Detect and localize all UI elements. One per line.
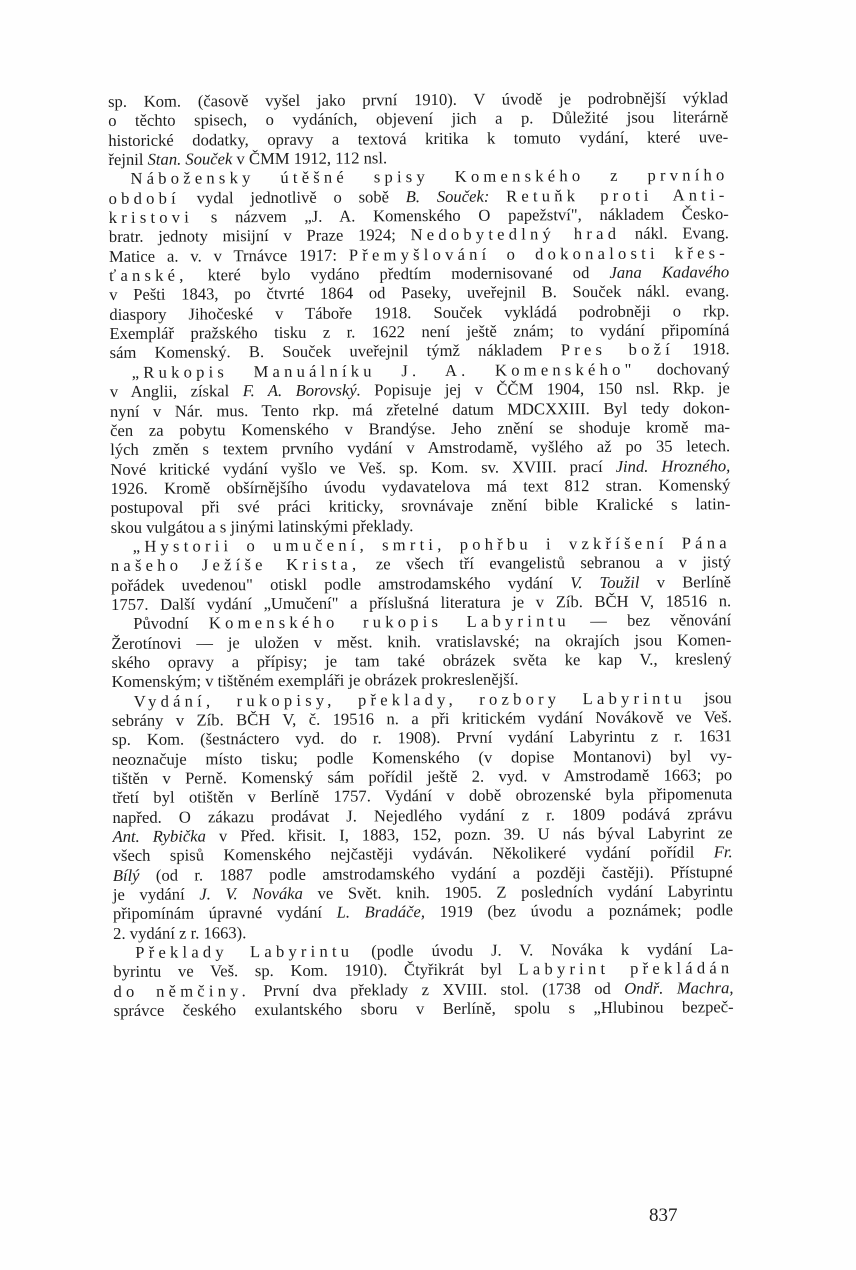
text-segment: je vydání — [113, 885, 200, 905]
text-segment: správce českého exulantského sboru v Ber… — [114, 997, 734, 1020]
text-segment: nákl. Evang. — [620, 224, 729, 244]
book-page: sp. Kom. (časově vyšel jako první 1910).… — [0, 0, 856, 1270]
spaced-emphasis-text: Pres boží — [561, 340, 674, 360]
text-segment: ského opravy a přípisy; je tam také obrá… — [111, 649, 731, 672]
text-line: postupoval při své práci kriticky, srovn… — [110, 494, 730, 517]
text-segment: skou vulgátou a s jinými latinskými přek… — [111, 516, 414, 537]
text-segment: ze všech tří evangelistů sebranou a v ji… — [360, 552, 731, 573]
text-segment: byrintu ve Veš. sp. Kom. 1910). Čtyřikrá… — [113, 960, 518, 981]
italic-text: F. A. Borovský. — [243, 381, 361, 401]
text-segment: dochovaný — [635, 359, 729, 379]
text-segment: historické dodatky, opravy a textová kri… — [108, 127, 728, 150]
page-number: 837 — [649, 1205, 678, 1227]
text-segment: Původní — [133, 614, 209, 633]
text-segment: které bylo vydáno předtím modernisované … — [187, 263, 609, 285]
spaced-emphasis-text: Nedobytedlný hrad — [411, 224, 621, 244]
italic-text: L. Bradáče, — [337, 903, 425, 923]
text-segment — [489, 186, 506, 205]
spaced-emphasis-text: období — [109, 188, 180, 207]
text-segment: 1918. — [674, 340, 730, 359]
spaced-emphasis-text: Komenského rukopis Labyrintu — [209, 611, 570, 632]
text-segment: jsou — [686, 688, 732, 707]
spaced-emphasis-text: našeho Ježíše Krista, — [111, 555, 361, 576]
spaced-emphasis-text: ťanské, — [109, 266, 188, 285]
text-line: připomínám úpravné vydání L. Bradáče, 19… — [113, 901, 733, 924]
body-text: sp. Kom. (časově vyšel jako první 1910).… — [108, 88, 734, 1020]
text-segment: 2. vydání z r. 1663). — [113, 923, 246, 943]
italic-text: Ant. Rybička — [112, 826, 205, 846]
text-segment: v ČMM 1912, 112 nsl. — [232, 148, 387, 168]
text-segment: v Berlíně — [639, 572, 731, 592]
text-segment: postupoval při své práci kriticky, srovn… — [110, 494, 730, 517]
italic-text: Jana Kadavého — [609, 262, 729, 282]
text-segment: Popisuje jej v ČČM 1904, 150 nsl. Rkp. j… — [361, 378, 730, 399]
italic-text: J. V. Nováka — [199, 884, 303, 904]
text-segment: Nové kritické vydání vyšlo ve Veš. sp. K… — [110, 456, 615, 478]
italic-text: B. Souček: — [406, 186, 490, 206]
spaced-emphasis-text: Labyrint překládán — [518, 959, 733, 979]
text-segment: sám Komenský. B. Souček uveřejnil týmž n… — [110, 341, 561, 363]
text-segment: připomínám úpravné vydání — [113, 903, 337, 923]
text-segment: Matice a. v. v Trnávce 1917: — [109, 245, 349, 265]
italic-text: Fr. — [714, 843, 733, 862]
text-segment: 1919 (bez úvodu a poznámek; podle — [425, 901, 733, 922]
text-segment: Komenským; v tištěném exempláři je obráz… — [112, 670, 519, 691]
text-segment: (podle úvodu J. V. Nováka k vydání La- — [353, 939, 733, 960]
text-segment: bratr. jednoty misijní v Praze 1924; — [109, 226, 411, 247]
italic-text: Stan. Souček — [148, 149, 233, 169]
italic-text: Ondř. Machra, — [624, 978, 733, 998]
text-line: správce českého exulantského sboru v Ber… — [114, 997, 734, 1020]
text-segment: — bez věnování — [570, 610, 731, 630]
spaced-emphasis-text: „Rukopis Manuálníku J. A. Komenského" — [132, 360, 636, 382]
text-segment: pořádek uvedenou" otiskl podle amstrodam… — [111, 573, 570, 595]
text-segment: První dva překlady z XVIII. stol. (1738 … — [250, 979, 624, 1000]
spaced-emphasis-text: do němčiny. — [113, 981, 250, 1001]
spaced-emphasis-text: Retuňk proti Anti- — [506, 185, 729, 205]
italic-text: Bílý — [113, 866, 140, 885]
text-segment: ve Svět. knih. 1905. Z posledních vydání… — [303, 881, 733, 903]
spaced-emphasis-text: Překlady Labyrintu — [135, 942, 353, 962]
italic-text: V. Toužil — [570, 572, 639, 591]
italic-text: Jind. Hrozného, — [616, 456, 731, 476]
text-segment: řejnil — [108, 150, 147, 169]
text-segment: v Anglii, získal — [110, 381, 243, 401]
spaced-emphasis-text: kristovi — [109, 208, 193, 228]
text-segment: vydal jednotlivě o sobě — [180, 187, 406, 207]
text-line: historické dodatky, opravy a textová kri… — [108, 127, 728, 150]
spaced-emphasis-text: Přemyšlování o dokonalosti křes- — [349, 243, 729, 264]
